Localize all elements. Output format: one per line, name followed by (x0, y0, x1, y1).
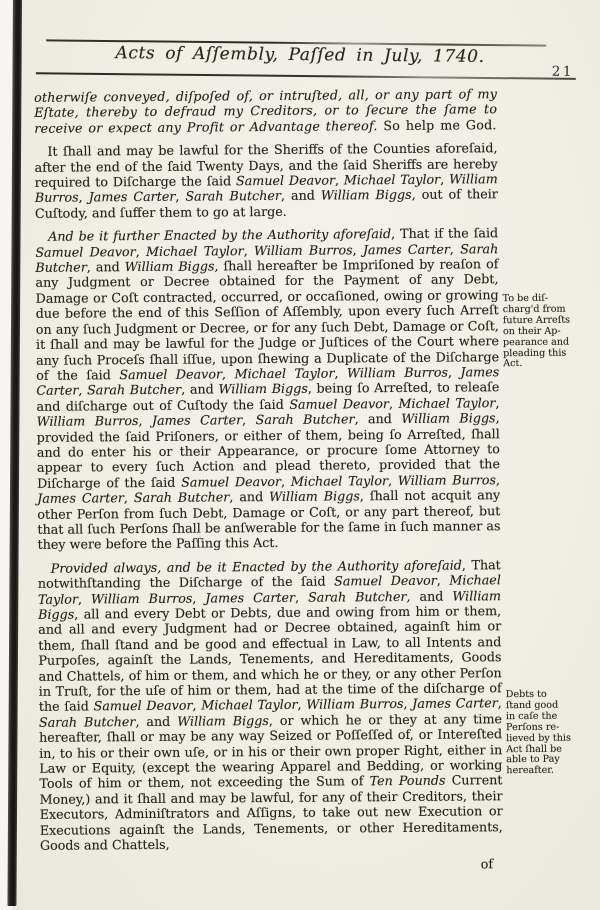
text-column: otherwiſe conveyed, diſpoſed of, or intr… (34, 86, 503, 875)
header-rule-bottom (36, 72, 576, 80)
paragraph-provided-always: Provided always, and be it Enacted by th… (38, 557, 503, 853)
margin-note-debts-stand-good: Debts toſtand goodin caſe thePerſons re-… (506, 689, 600, 777)
margin-note-discharged-from-arrests: To be diſ-charg'd fromfuture Arreſtson t… (503, 293, 600, 370)
document-page: Acts of Aſſembly, Paſſed in July, 1740. … (0, 0, 600, 910)
paragraph-sheriffs-discharge: It ſhall and may be lawful for the Sheri… (34, 140, 498, 221)
catchword: of (40, 856, 503, 875)
page-header: Acts of Aſſembly, Paſſed in July, 1740. … (0, 33, 600, 93)
paragraph-oath-continuation: otherwiſe conveyed, diſpoſed of, or intr… (34, 86, 497, 136)
paragraph-further-enacted: And be it further Enacted by the Authori… (35, 225, 501, 552)
